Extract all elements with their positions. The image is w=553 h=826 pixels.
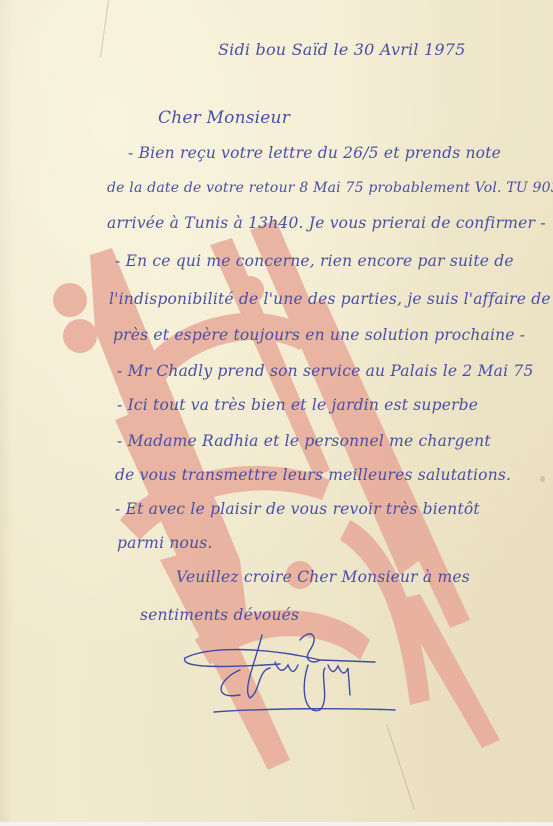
scan-edge	[0, 822, 553, 826]
letter-line: de la date de votre retour 8 Mai 75 prob…	[107, 180, 553, 196]
letter-line: l'indisponibilité de l'une des parties, …	[109, 290, 551, 308]
paper-stain	[540, 476, 545, 482]
paper-crease	[100, 0, 109, 58]
letter-line: près et espère toujours en une solution …	[113, 326, 525, 344]
letter-line: - Mr Chadly prend son service au Palais …	[117, 362, 534, 380]
letter-line: - Madame Radhia et le personnel me charg…	[117, 432, 491, 450]
letter-line: arrivée à Tunis à 13h40. Je vous prierai…	[107, 214, 546, 232]
signature	[180, 620, 430, 720]
place-date: Sidi bou Saïd le 30 Avril 1975	[218, 40, 465, 59]
salutation: Cher Monsieur	[158, 108, 290, 128]
paper-crease	[386, 724, 415, 810]
closing-line: Veuillez croire Cher Monsieur à mes	[176, 568, 470, 586]
letter-line: - En ce qui me concerne, rien encore par…	[115, 252, 514, 270]
letter-line: de vous transmettre leurs meilleures sal…	[115, 466, 511, 484]
letter-line: - Ici tout va très bien et le jardin est…	[117, 396, 478, 414]
letter-line: - Et avec le plaisir de vous revoir très…	[115, 500, 480, 518]
letter-line: - Bien reçu votre lettre du 26/5 et pren…	[128, 144, 501, 162]
letter-line: parmi nous.	[117, 534, 213, 552]
letter-page: Sidi bou Saïd le 30 Avril 1975 Cher Mons…	[0, 0, 553, 822]
